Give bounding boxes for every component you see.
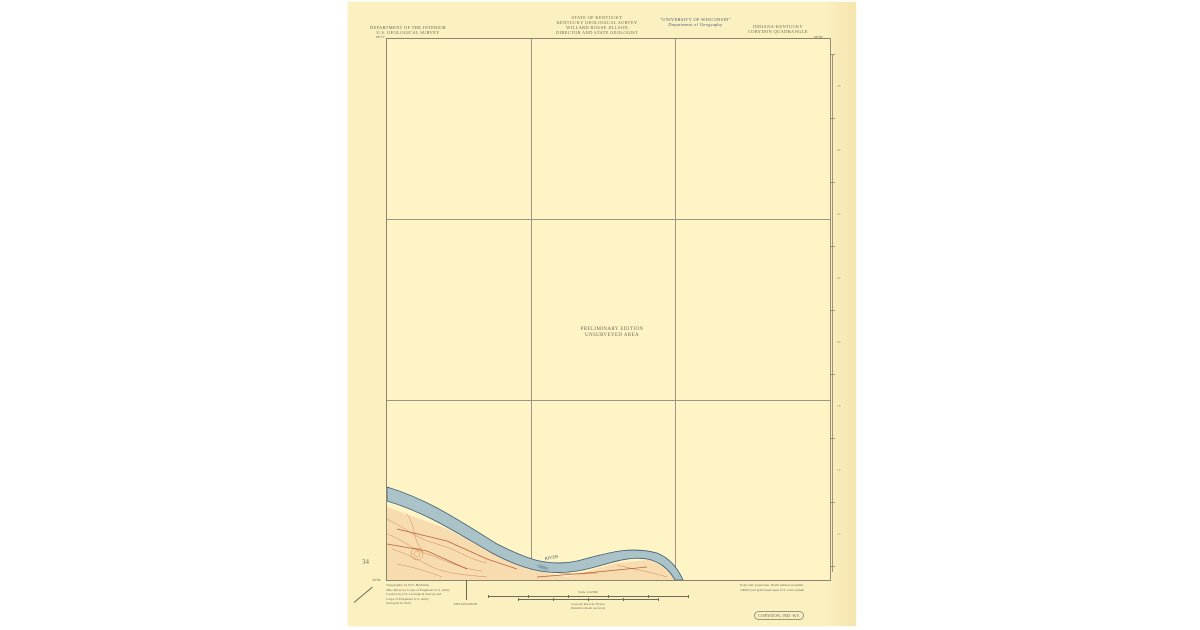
datum-diagonal (354, 587, 373, 603)
declination-arrow (466, 580, 469, 600)
quadrangle-name: CORYDON, IND.-KY. (758, 613, 800, 618)
bar-scale: Scale 1:62500 Contour interval 20 feet D… (488, 590, 688, 610)
scale-number: 26 (837, 148, 841, 152)
scale-number: 24 (837, 212, 841, 216)
state-header: STATE OF KENTUCKY KENTUCKY GEOLOGICAL SU… (556, 15, 638, 35)
scale-number: 18 (837, 404, 841, 408)
director-title: DIRECTOR AND STATE GEOLOGIST (556, 30, 638, 35)
miles-bar (488, 596, 688, 597)
projection-note: Polyconic projection. North American dat… (740, 583, 804, 592)
publisher-header: DEPARTMENT OF THE INTERIOR U.S. GEOLOGIC… (370, 25, 446, 35)
datum-note: Datum is mean sea level (488, 606, 688, 610)
kilometers-bar (518, 599, 658, 600)
quad-header: INDIANA-KENTUCKY CORYDON QUADRANGLE (748, 24, 808, 34)
unsurveyed-area-note: PRELIMINARY EDITION UNSURVEYED AREA (577, 327, 647, 339)
quadrangle-name-box: CORYDON, IND.-KY. (754, 611, 804, 620)
corner-coordinate-tl: 86°15' (376, 35, 385, 39)
declination-label: DECLINATION (454, 602, 477, 606)
credit-line: Surveyed in 1924 (386, 601, 450, 606)
grid-note-line: 10000 yard grid based upon U.S. zone sys… (740, 588, 804, 593)
stamp-department: Department of Geography (660, 22, 731, 27)
right-margin-scale: 28 26 24 22 20 18 16 14 (832, 54, 835, 572)
map-frame: OHIO RIVER PRELIMINARY EDITION UNSURVEYE… (386, 38, 831, 581)
map-sheet: DEPARTMENT OF THE INTERIOR U.S. GEOLOGIC… (348, 2, 856, 626)
unsurveyed-area-label: UNSURVEYED AREA (577, 333, 647, 339)
corner-coordinate-bl: 38°00' (372, 578, 381, 582)
scale-number: 20 (837, 340, 841, 344)
scale-title: Scale 1:62500 (488, 590, 688, 594)
scale-number: 22 (837, 276, 841, 280)
river-label-river: RIVER (544, 554, 558, 561)
margin-number: 34 (362, 558, 369, 566)
scale-number: 16 (837, 468, 841, 472)
survey-credits: Topography by W.S. Hackman Ohio River by… (386, 583, 450, 606)
library-stamp: "UNIVERSITY OF WISCONSIN" Department of … (660, 17, 731, 27)
scale-number: 14 (837, 532, 841, 536)
quadrangle-title: CORYDON QUADRANGLE (748, 29, 808, 34)
surveyed-terrain: OHIO RIVER (387, 39, 830, 580)
credit-line: Control by U.S. Geological Survey and (386, 592, 450, 597)
scale-number: 28 (837, 84, 841, 88)
projection-line: Polyconic projection. North American dat… (740, 583, 804, 588)
